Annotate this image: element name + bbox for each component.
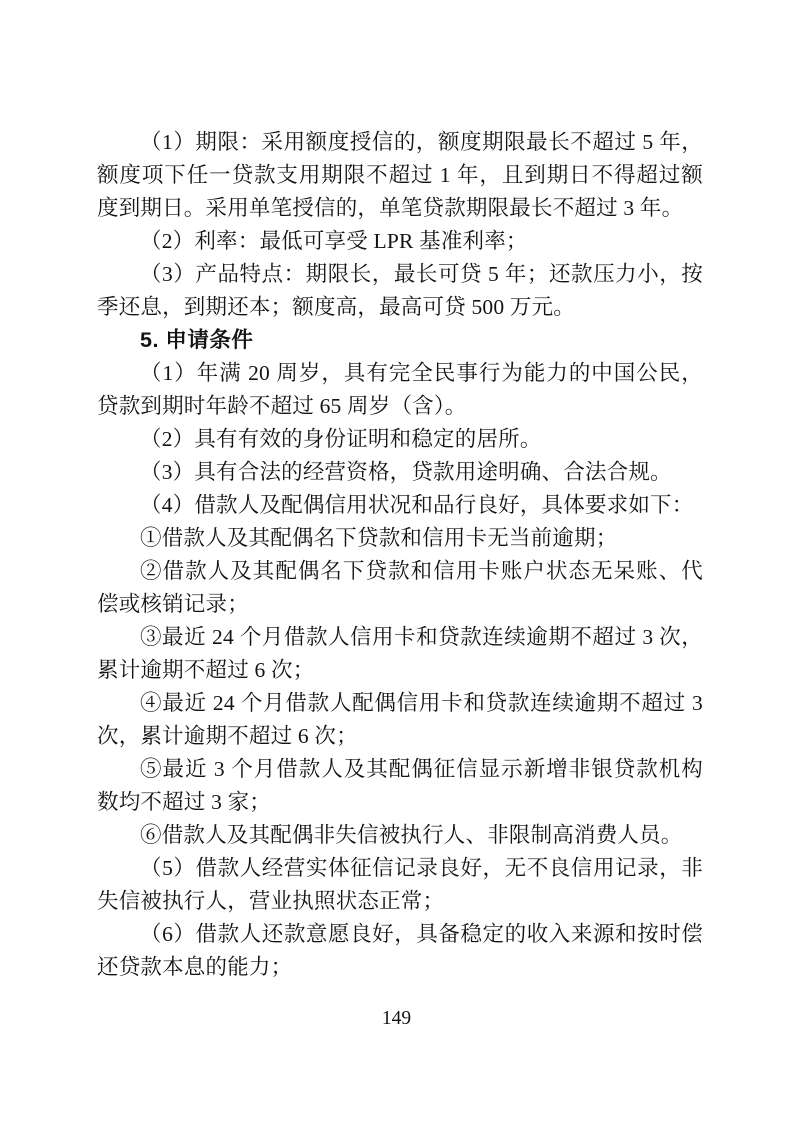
list-item-6-not-dishonest-executee: ⑥借款人及其配偶非失信被执行人、非限制高消费人员。 bbox=[97, 819, 703, 852]
paragraph-term-limit: （1）期限：采用额度授信的，额度期限最长不超过 5 年，额度项下任一贷款支用期限… bbox=[97, 126, 703, 225]
document-page: （1）期限：采用额度授信的，额度期限最长不超过 5 年，额度项下任一贷款支用期限… bbox=[0, 0, 793, 1122]
list-item-3-borrower-overdue-limit: ③最近 24 个月借款人信用卡和贷款连续逾期不超过 3 次，累计逾期不超过 6 … bbox=[97, 621, 703, 687]
paragraph-product-features: （3）产品特点：期限长，最长可贷 5 年；还款压力小，按季还息，到期还本；额度高… bbox=[97, 258, 703, 324]
paragraph-condition-6-repayment-ability: （6）借款人还款意愿良好，具备稳定的收入来源和按时偿还贷款本息的能力； bbox=[97, 918, 703, 984]
list-item-5-nonbank-lender-limit: ⑤最近 3 个月借款人及其配偶征信显示新增非银贷款机构数均不超过 3 家； bbox=[97, 753, 703, 819]
page-footer: 149 bbox=[0, 1007, 793, 1031]
list-item-2-no-bad-debt-records: ②借款人及其配偶名下贷款和信用卡账户状态无呆账、代偿或核销记录； bbox=[97, 555, 703, 621]
heading-application-conditions: 5. 申请条件 bbox=[97, 324, 703, 357]
list-item-1-no-current-overdue: ①借款人及其配偶名下贷款和信用卡无当前逾期； bbox=[97, 522, 703, 555]
paragraph-interest-rate: （2）利率：最低可享受 LPR 基准利率； bbox=[97, 225, 703, 258]
list-item-4-spouse-overdue-limit: ④最近 24 个月借款人配偶信用卡和贷款连续逾期不超过 3 次，累计逾期不超过 … bbox=[97, 687, 703, 753]
page-number: 149 bbox=[382, 1008, 411, 1029]
paragraph-condition-5-business-credit: （5）借款人经营实体征信记录良好，无不良信用记录，非失信被执行人，营业执照状态正… bbox=[97, 852, 703, 918]
paragraph-condition-1-age: （1）年满 20 周岁，具有完全民事行为能力的中国公民，贷款到期时年龄不超过 6… bbox=[97, 357, 703, 423]
paragraph-condition-4-credit-status: （4）借款人及配偶信用状况和品行良好，具体要求如下： bbox=[97, 489, 703, 522]
paragraph-condition-3-qualification: （3）具有合法的经营资格，贷款用途明确、合法合规。 bbox=[97, 456, 703, 489]
document-content: （1）期限：采用额度授信的，额度期限最长不超过 5 年，额度项下任一贷款支用期限… bbox=[97, 126, 703, 984]
paragraph-condition-2-identity: （2）具有有效的身份证明和稳定的居所。 bbox=[97, 423, 703, 456]
